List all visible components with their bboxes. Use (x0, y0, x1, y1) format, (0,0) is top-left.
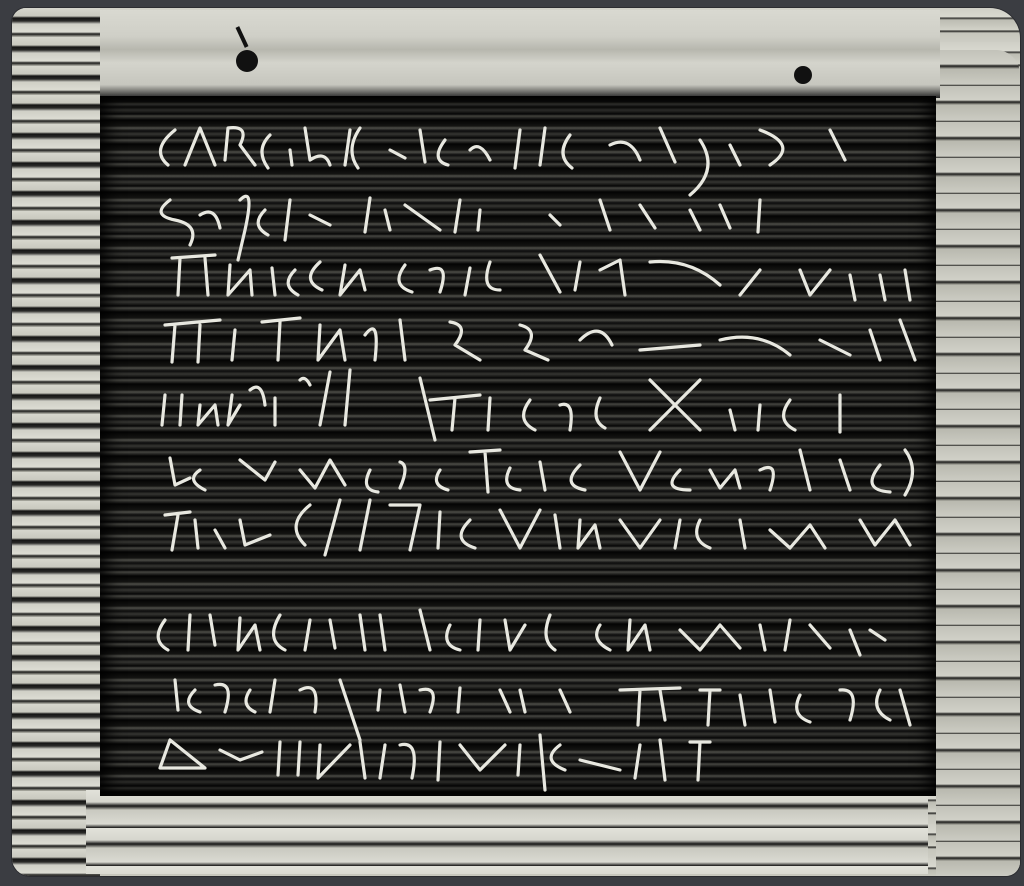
inscription (0, 0, 1024, 886)
inscription-line-5 (162, 370, 840, 440)
inscription-line-9 (175, 680, 910, 740)
inscription-line-2 (161, 196, 760, 260)
inscription-line-3 (172, 255, 910, 300)
inscription-line-6 (170, 450, 913, 495)
inscription-line-8 (158, 610, 885, 655)
inscription-line-7 (165, 500, 910, 555)
inscription-line-10 (160, 735, 710, 790)
inscription-line-1 (160, 128, 845, 195)
inscription-line-4 (165, 318, 915, 362)
